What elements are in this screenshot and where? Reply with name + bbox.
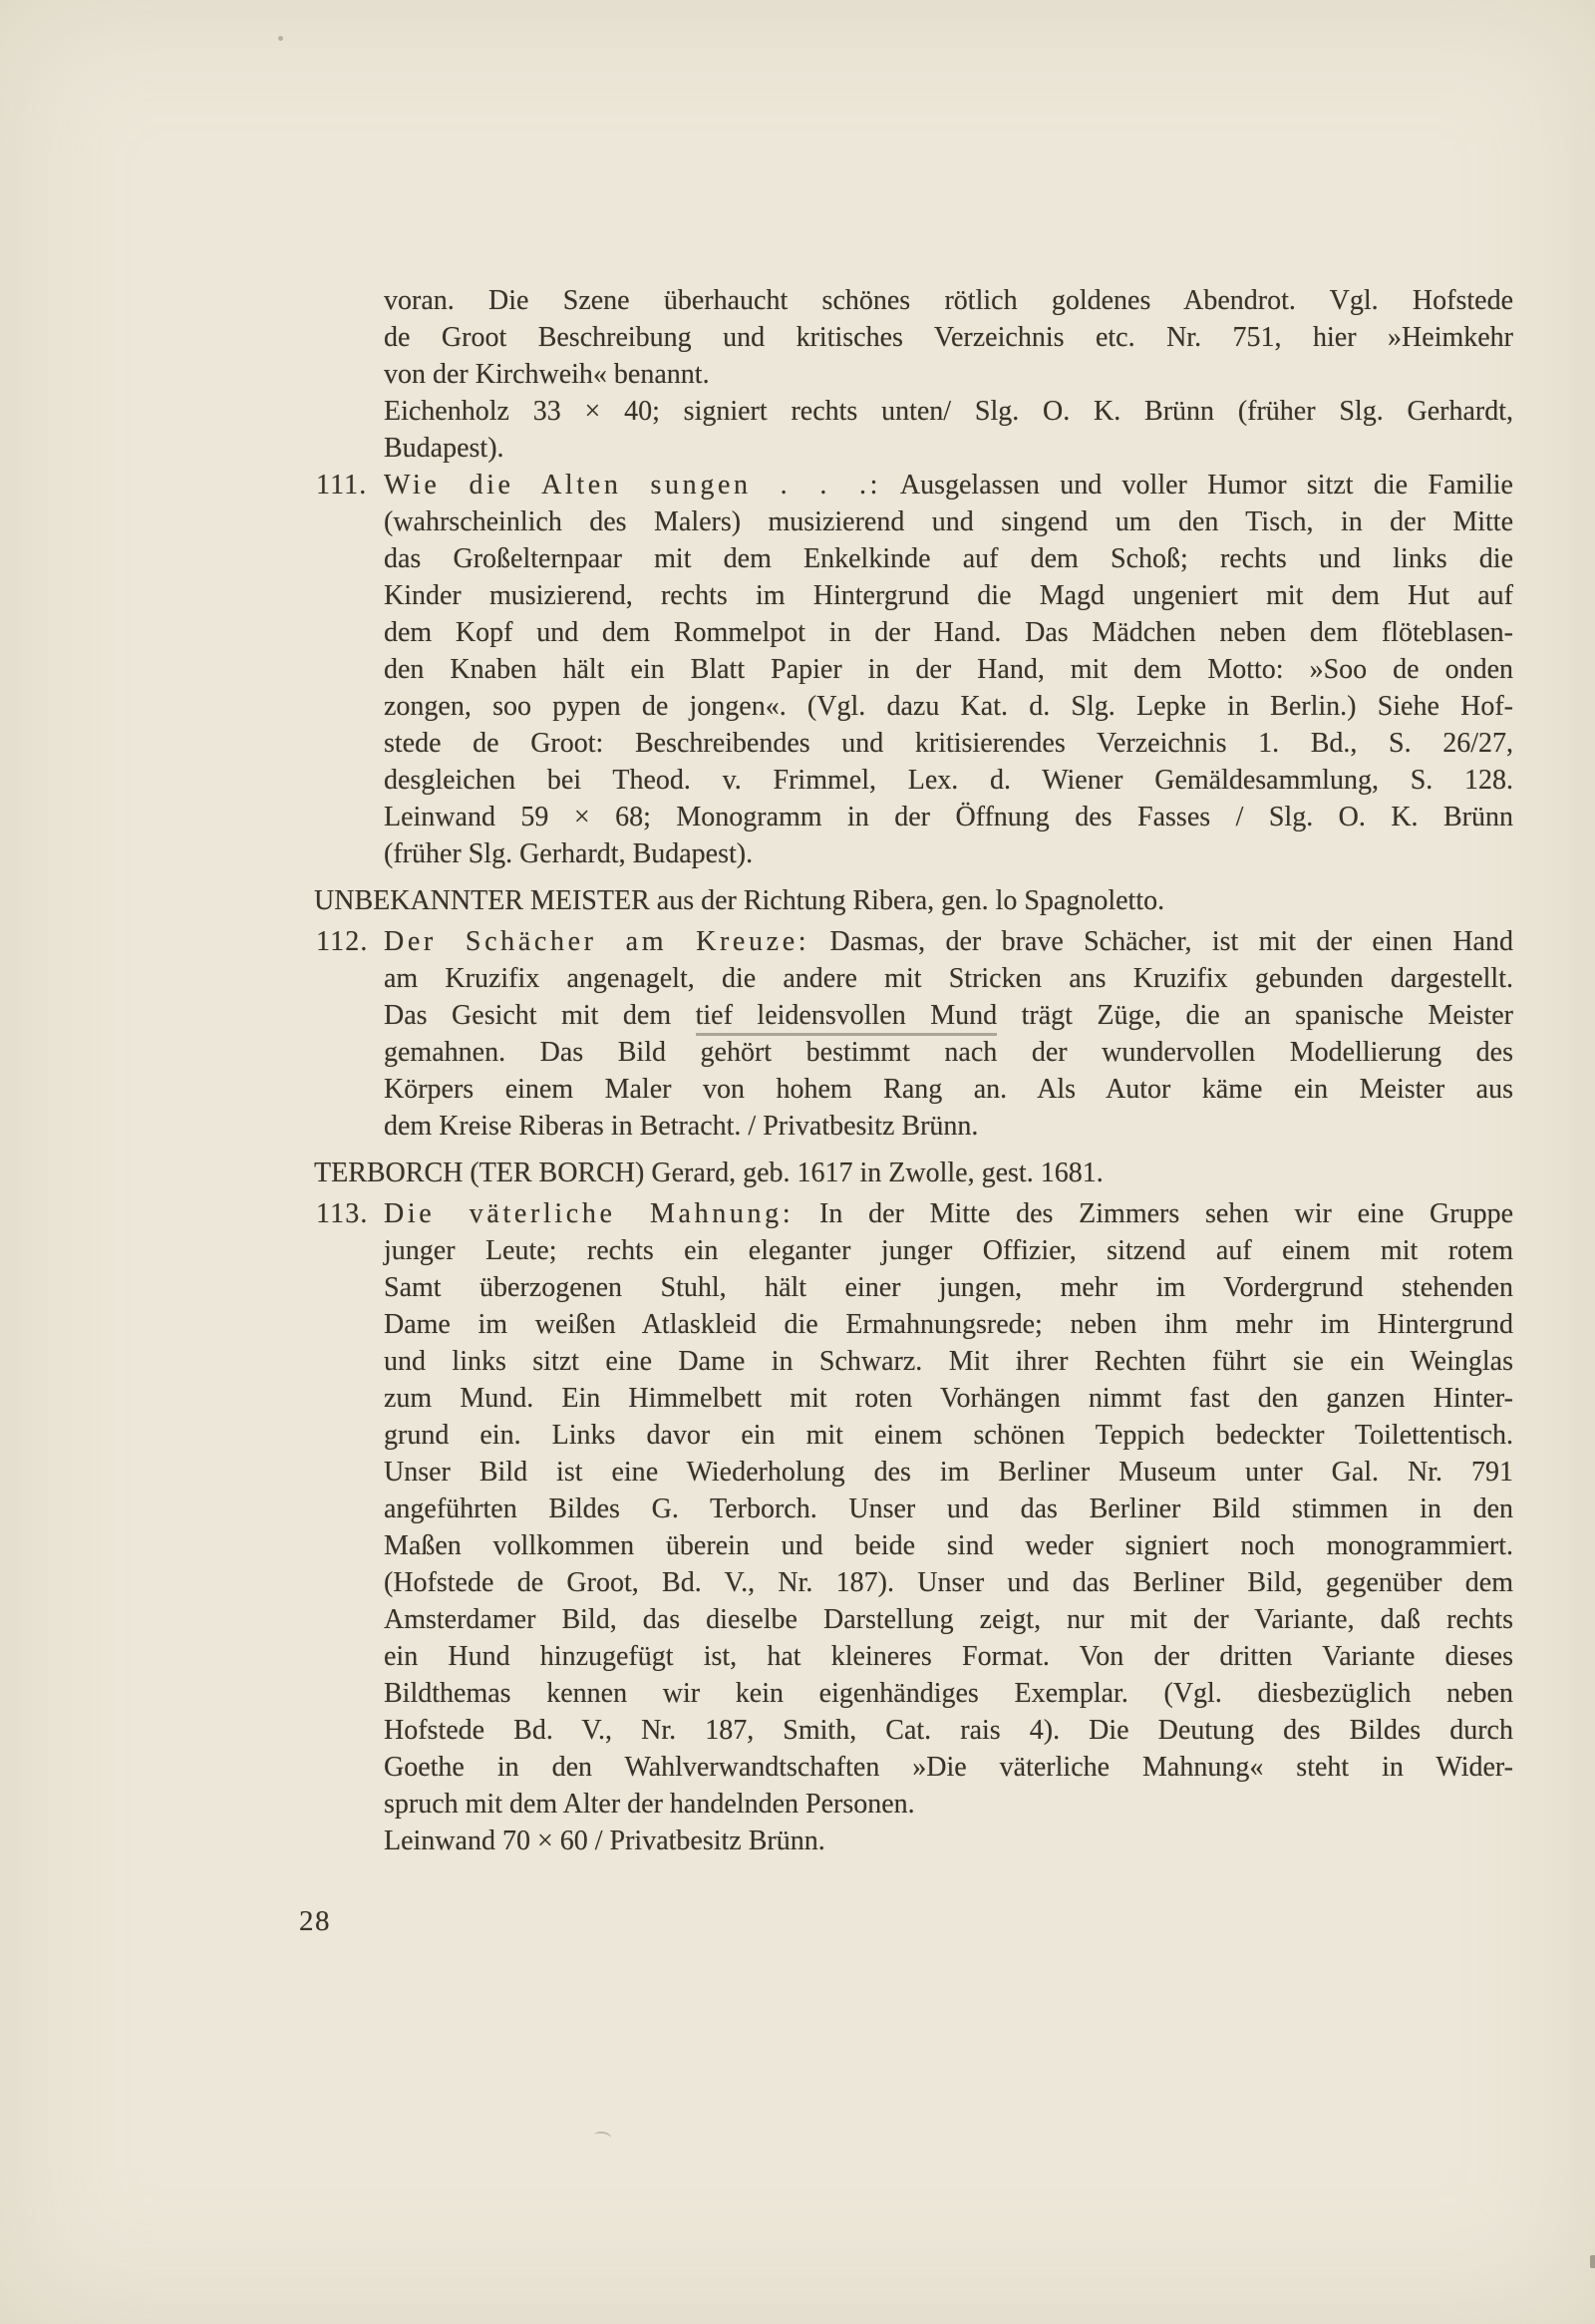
text-segment: Ausgelassen und voller Humor sitzt die F… [900, 470, 1513, 500]
text-line: angeführten Bildes G. Terborch. Unser un… [384, 1491, 1513, 1527]
text-line: Körpers einem Maler von hohem Rang an. A… [384, 1071, 1513, 1108]
text-segment: zongen, soo pypen de jongen«. (Vgl. dazu… [384, 691, 1513, 722]
text-line: stede de Groot: Beschreibendes und kriti… [384, 725, 1513, 762]
text-line: Dame im weißen Atlaskleid die Ermahnungs… [384, 1306, 1513, 1343]
text-segment: Dame im weißen Atlaskleid die Ermahnungs… [384, 1309, 1513, 1340]
text-line: Leinwand 70 × 60 / Privatbesitz Brünn. [384, 1823, 1513, 1859]
text-segment: Amsterdamer Bild, das dieselbe Darstellu… [384, 1604, 1513, 1635]
text-segment: Maßen vollkommen überein und beide sind … [384, 1530, 1513, 1561]
text-line: gemahnen. Das Bild gehört bestimmt nach … [384, 1034, 1513, 1071]
text-line: Leinwand 59 × 68; Monogramm in der Öffnu… [384, 799, 1513, 835]
text-segment: zum Mund. Ein Himmelbett mit roten Vorhä… [384, 1383, 1513, 1414]
text-line: Kinder musizierend, rechts im Hintergrun… [384, 577, 1513, 614]
text-segment: Samt überzogenen Stuhl, hält einer junge… [384, 1272, 1513, 1303]
text-line: Maßen vollkommen überein und beide sind … [384, 1527, 1513, 1564]
text-line: Amsterdamer Bild, das dieselbe Darstellu… [384, 1601, 1513, 1638]
page-text-column: voran. Die Szene überhaucht schönes rötl… [314, 282, 1513, 1859]
text-segment: Bildthemas kennen wir kein eigenhändiges… [384, 1678, 1513, 1709]
text-segment: Goethe in den Wahlverwandtschaften »Die … [384, 1752, 1513, 1783]
text-segment: voran. Die Szene überhaucht schönes rötl… [384, 285, 1513, 316]
text-segment: am Kruzifix angenagelt, die andere mit S… [384, 963, 1513, 994]
text-line: zongen, soo pypen de jongen«. (Vgl. dazu… [384, 688, 1513, 725]
entry-number: 111. [316, 467, 367, 503]
text-segment: trägt Züge, die an spanische Meister [997, 1000, 1513, 1031]
text-segment: Unser Bild ist eine Wiederholung des im … [384, 1457, 1513, 1488]
text-segment: angeführten Bildes G. Terborch. Unser un… [384, 1494, 1513, 1524]
text-segment: Körpers einem Maler von hohem Rang an. A… [384, 1074, 1513, 1105]
text-line: von der Kirchweih« benannt. [384, 356, 1513, 393]
text-segment: stede de Groot: Beschreibendes und kriti… [384, 728, 1513, 759]
text-segment: In der Mitte des Zimmers sehen wir eine … [819, 1198, 1513, 1229]
text-line: Budapest). [384, 430, 1513, 467]
catalog-blocks: voran. Die Szene überhaucht schönes rötl… [314, 282, 1513, 1859]
text-segment: desgleichen bei Theod. v. Frimmel, Lex. … [384, 765, 1513, 796]
section-heading: UNBEKANNTER MEISTER aus der Richtung Rib… [314, 882, 1513, 919]
text-segment: von der Kirchweih« benannt. [384, 359, 710, 390]
catalog-entry: 113.Die väterliche Mahnung: In der Mitte… [314, 1195, 1513, 1859]
text-segment: Leinwand 70 × 60 / Privatbesitz Brünn. [384, 1826, 825, 1856]
text-line: 112.Der Schächer am Kreuze: Dasmas, der … [384, 923, 1513, 960]
scan-edge-mark [1590, 2255, 1595, 2268]
text-segment: (wahrscheinlich des Malers) musizierend … [384, 506, 1513, 537]
page-number: 28 [299, 1903, 331, 1940]
text-line: de Groot Beschreibung und kritisches Ver… [384, 319, 1513, 356]
text-segment: de Groot Beschreibung und kritisches Ver… [384, 322, 1513, 353]
text-line: Unser Bild ist eine Wiederholung des im … [384, 1454, 1513, 1491]
text-segment: junger Leute; rechts ein eleganter junge… [384, 1235, 1513, 1266]
text-segment: den Knaben hält ein Blatt Papier in der … [384, 654, 1513, 685]
text-segment: ein Hund hinzugefügt ist, hat kleineres … [384, 1641, 1513, 1672]
entry-title: Der Schächer am Kreuze: [384, 926, 809, 957]
text-line: Samt überzogenen Stuhl, hält einer junge… [384, 1269, 1513, 1306]
text-segment: Leinwand 59 × 68; Monogramm in der Öffnu… [384, 802, 1513, 832]
text-segment: Kinder musizierend, rechts im Hintergrun… [384, 580, 1513, 611]
text-line: (früher Slg. Gerhardt, Budapest). [384, 835, 1513, 872]
text-segment: Dasmas, der brave Schächer, ist mit der … [830, 926, 1513, 957]
text-segment: grund ein. Links davor ein mit einem sch… [384, 1420, 1513, 1451]
text-segment: (Hofstede de Groot, Bd. V., Nr. 187). Un… [384, 1567, 1513, 1598]
text-line: zum Mund. Ein Himmelbett mit roten Vorhä… [384, 1380, 1513, 1417]
text-segment: gemahnen. Das Bild gehört bestimmt nach … [384, 1037, 1513, 1068]
text-line: Eichenholz 33 × 40; signiert rechts unte… [384, 393, 1513, 430]
text-line: (wahrscheinlich des Malers) musizierend … [384, 503, 1513, 540]
text-segment: dem Kopf und dem Rommelpot in der Hand. … [384, 617, 1513, 648]
entry-title: Wie die Alten sungen . . .: [384, 470, 881, 500]
text-line: voran. Die Szene überhaucht schönes rötl… [384, 282, 1513, 319]
pencil-underlined-text: tief leidensvollen Mund [696, 1000, 998, 1036]
text-line: desgleichen bei Theod. v. Frimmel, Lex. … [384, 762, 1513, 799]
text-line: spruch mit dem Alter der handelnden Pers… [384, 1786, 1513, 1823]
text-line: 113.Die väterliche Mahnung: In der Mitte… [384, 1195, 1513, 1232]
text-line: dem Kreise Riberas in Betracht. / Privat… [384, 1108, 1513, 1145]
text-line: Hofstede Bd. V., Nr. 187, Smith, Cat. ra… [384, 1712, 1513, 1749]
text-segment: Hofstede Bd. V., Nr. 187, Smith, Cat. ra… [384, 1715, 1513, 1746]
text-line: den Knaben hält ein Blatt Papier in der … [384, 651, 1513, 688]
catalog-entry: 111.Wie die Alten sungen . . .: Ausgelas… [314, 467, 1513, 872]
text-line: junger Leute; rechts ein eleganter junge… [384, 1232, 1513, 1269]
section-heading: TERBORCH (TER BORCH) Gerard, geb. 1617 i… [314, 1155, 1513, 1191]
entry-number: 112. [316, 923, 368, 960]
text-segment: Das Gesicht mit dem [384, 1000, 696, 1031]
text-line: und links sitzt eine Dame in Schwarz. Mi… [384, 1343, 1513, 1380]
text-line: das Großelternpaar mit dem Enkelkinde au… [384, 540, 1513, 577]
text-line: grund ein. Links davor ein mit einem sch… [384, 1417, 1513, 1454]
entry-number: 113. [316, 1195, 368, 1232]
text-segment: Eichenholz 33 × 40; signiert rechts unte… [384, 396, 1513, 427]
paragraph: voran. Die Szene überhaucht schönes rötl… [314, 282, 1513, 467]
scanned-book-page: voran. Die Szene überhaucht schönes rötl… [0, 0, 1595, 2324]
text-line: dem Kopf und dem Rommelpot in der Hand. … [384, 614, 1513, 651]
text-line: Goethe in den Wahlverwandtschaften »Die … [384, 1749, 1513, 1786]
text-line: am Kruzifix angenagelt, die andere mit S… [384, 960, 1513, 997]
text-line: 111.Wie die Alten sungen . . .: Ausgelas… [384, 467, 1513, 503]
pencil-mark [593, 2131, 611, 2144]
text-segment: das Großelternpaar mit dem Enkelkinde au… [384, 543, 1513, 574]
text-segment: und links sitzt eine Dame in Schwarz. Mi… [384, 1346, 1513, 1377]
paper-speck [278, 36, 283, 41]
text-segment: Budapest). [384, 433, 504, 464]
text-segment: spruch mit dem Alter der handelnden Pers… [384, 1789, 915, 1820]
text-line: Bildthemas kennen wir kein eigenhändiges… [384, 1675, 1513, 1712]
text-segment: dem Kreise Riberas in Betracht. / Privat… [384, 1111, 978, 1142]
text-line: ein Hund hinzugefügt ist, hat kleineres … [384, 1638, 1513, 1675]
text-line: Das Gesicht mit dem tief leidensvollen M… [384, 997, 1513, 1034]
text-line: (Hofstede de Groot, Bd. V., Nr. 187). Un… [384, 1564, 1513, 1601]
entry-title: Die väterliche Mahnung: [384, 1198, 794, 1229]
catalog-entry: 112.Der Schächer am Kreuze: Dasmas, der … [314, 923, 1513, 1145]
text-segment: (früher Slg. Gerhardt, Budapest). [384, 838, 753, 869]
